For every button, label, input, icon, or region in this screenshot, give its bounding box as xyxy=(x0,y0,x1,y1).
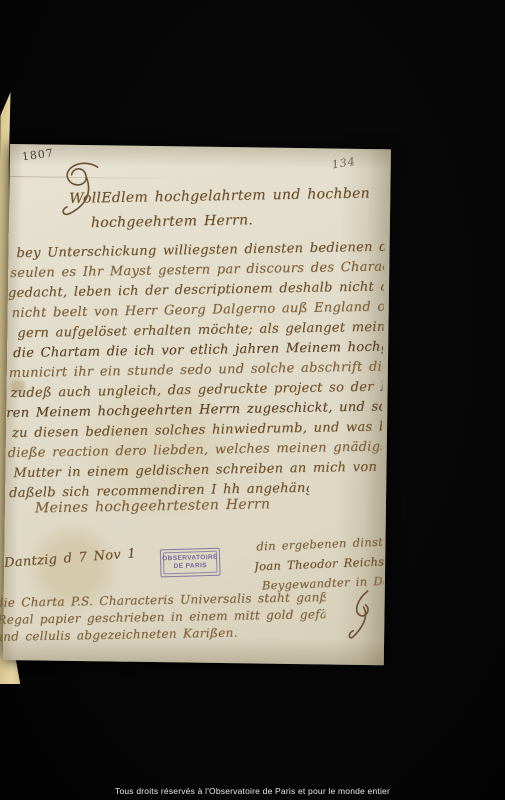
body-line: seulen es Ihr Mayst gestern par discours… xyxy=(10,259,384,281)
body-line: dieße reaction dero liebden, welches mei… xyxy=(8,439,382,461)
page-number: 134 xyxy=(331,155,357,172)
body-line: ren Meinem hochgeehrten Herrn zugeschick… xyxy=(6,399,382,421)
body-line: municirt ihr ein stunde sedo und solche … xyxy=(9,359,383,381)
observatoire-stamp: OBSERVATOIRE DE PARIS xyxy=(160,548,221,578)
copyright-caption: Tous droits réservés à l'Observatoire de… xyxy=(0,786,505,796)
postscript-line-1: die Charta P.S. Characteris Universalis … xyxy=(0,590,326,610)
postscript-line-2: Regal papier geschrieben in einem mitt g… xyxy=(0,607,325,627)
dateline: Dantzig d 7 Nov 1677 xyxy=(4,546,135,570)
body-line: nicht beelt von Herr Georg Dalgerno auß … xyxy=(12,300,384,321)
signature-line-2: Joan Theodor Reichshauble xyxy=(254,554,384,573)
signature-line-1: din ergebenen dinst und d xyxy=(256,535,384,554)
body-line: gedacht, leben ich der descriptionem des… xyxy=(8,279,384,301)
greeting-line-1: WollEdlem hochgelahrtem und hochbenahmte… xyxy=(69,186,369,207)
greeting-line-2: hochgeehrtem Herrn. xyxy=(91,211,311,231)
body-line: die Chartam die ich vor etlich jahren Me… xyxy=(13,340,383,361)
signature-paraph xyxy=(343,589,380,641)
archival-number: 1807 xyxy=(21,146,54,163)
manuscript-page: 1807 134 WollEdlem hochgelahrtem und hoc… xyxy=(3,144,391,665)
stamp-line-2: DE PARIS xyxy=(173,562,207,571)
observatoire-stamp-border: OBSERVATOIRE DE PARIS xyxy=(163,551,218,575)
body-line: zudeß auch ungleich, das gedruckte proje… xyxy=(10,380,382,401)
postscript-line-3: und cellulis abgezeichneten Karißen. xyxy=(0,625,245,643)
body-line: bey Unterschickung williegsten diensten … xyxy=(16,240,384,261)
closing-salutation: Meines hochgeehrtesten Herrn xyxy=(35,496,275,516)
scan-viewer: 1807 134 WollEdlem hochgelahrtem und hoc… xyxy=(0,0,505,800)
body-line: zu diesen bedienen solches hinwiedrumb, … xyxy=(12,420,382,441)
body-line: gern aufgelöset erhalten möchte; als gel… xyxy=(17,320,383,341)
body-line: Mutter in einem geldischen schreiben an … xyxy=(13,460,381,481)
